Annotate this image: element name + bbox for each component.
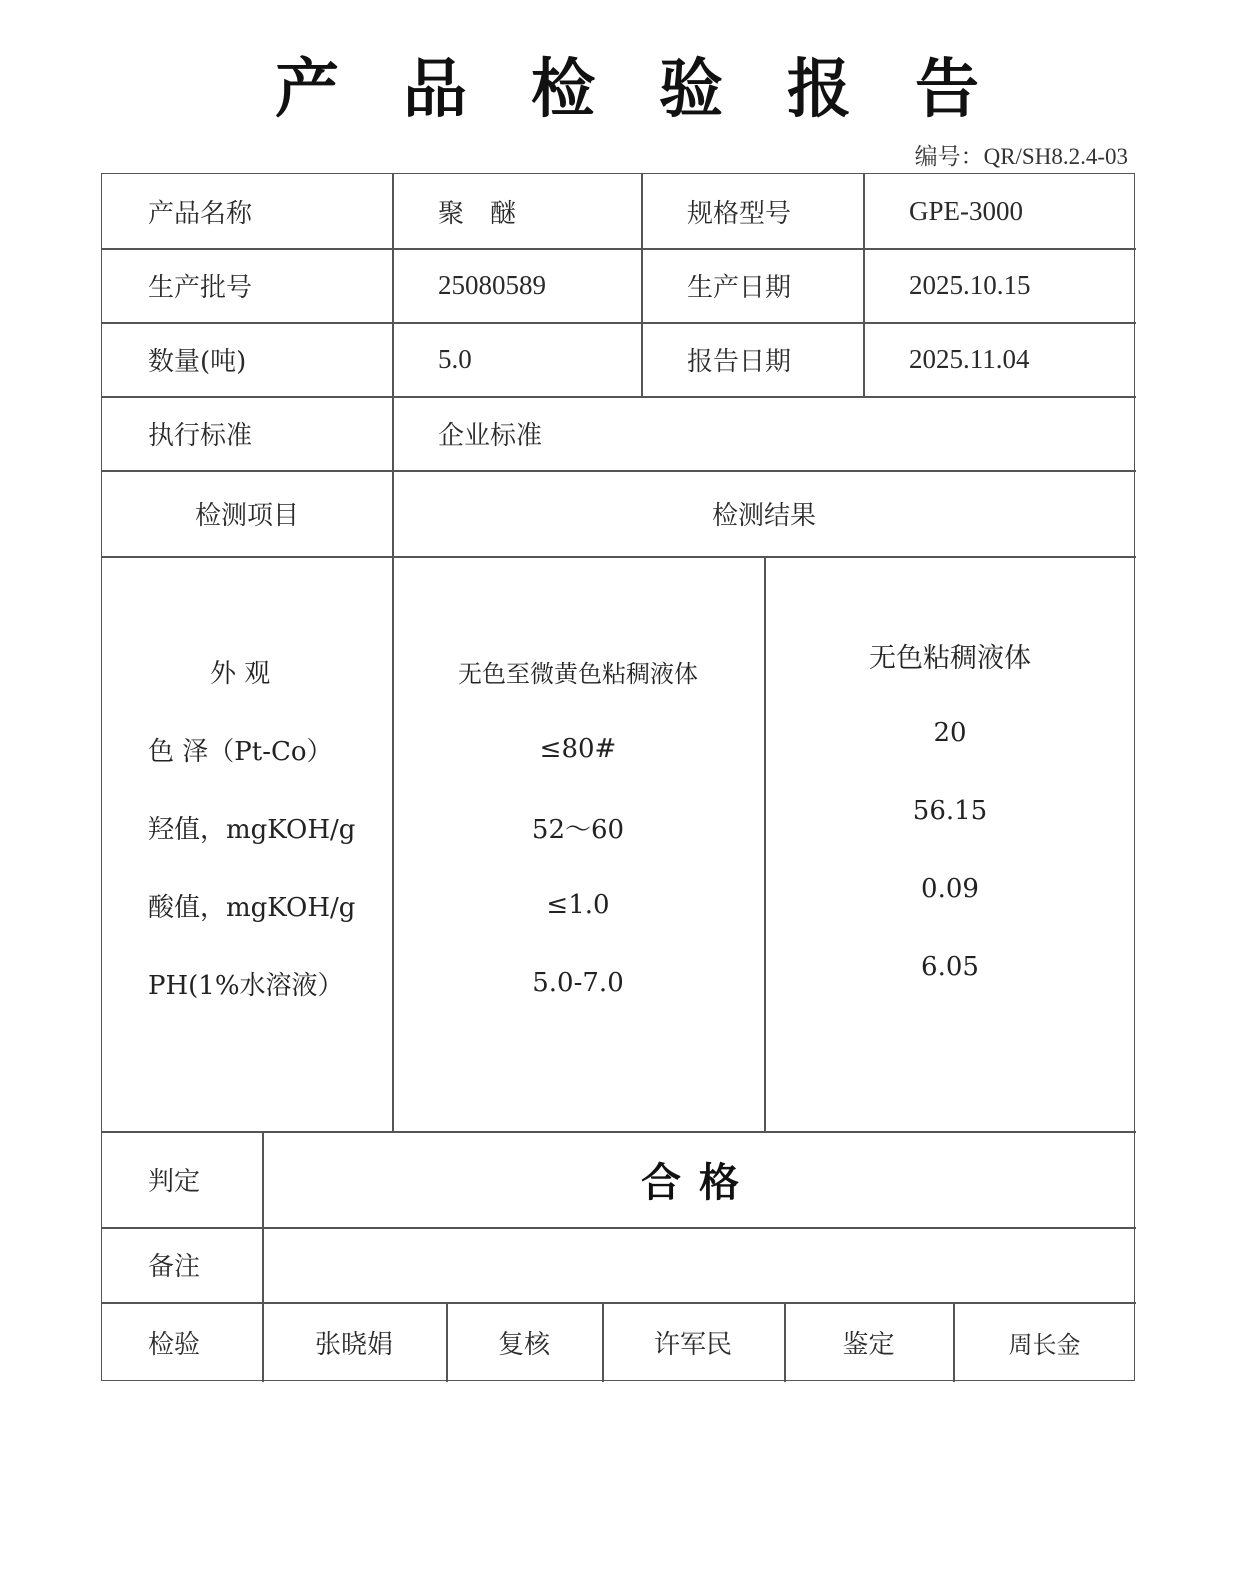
inspect-label: 检验 <box>102 1302 262 1382</box>
remarks-value <box>262 1227 1136 1302</box>
reviewer-name: 许军民 <box>602 1302 784 1382</box>
verdict-text: 合格 <box>641 1151 757 1208</box>
title-char: 验 <box>659 38 723 130</box>
result: 0.09 <box>921 850 979 928</box>
requirement: ≤80# <box>540 710 617 788</box>
test-results-header: 检测结果 <box>392 470 1136 556</box>
test-item: 外 观 <box>148 632 392 710</box>
results-list: 无色粘稠液体 20 56.15 0.09 6.05 <box>764 616 1136 1006</box>
title-char: 产 <box>275 38 339 130</box>
test-item: 酸值，mgKOH/g <box>148 866 392 944</box>
result: 6.05 <box>921 928 979 1006</box>
report-table: 产品名称 聚 醚 规格型号 GPE-3000 生产批号 25080589 生产日… <box>101 173 1135 1381</box>
requirement: ≤1.0 <box>546 866 609 944</box>
review-label: 复核 <box>446 1302 602 1382</box>
inspector-name: 张晓娟 <box>262 1302 446 1382</box>
quantity-label: 数量(吨) <box>102 322 392 396</box>
production-date-value: 2025.10.15 <box>863 248 1136 322</box>
standard-value: 企业标准 <box>392 396 1136 470</box>
title-char: 报 <box>787 38 851 130</box>
result: 无色粘稠液体 <box>869 616 1031 694</box>
test-item: PH(1%水溶液） <box>148 944 392 1022</box>
title-char: 检 <box>531 38 595 130</box>
title-char: 品 <box>403 38 467 130</box>
report-title: 产品检验报告 <box>0 38 1254 130</box>
report-date-value: 2025.11.04 <box>863 322 1136 396</box>
spec-value: GPE-3000 <box>863 174 1136 248</box>
approver-name: 周长金 <box>953 1302 1136 1382</box>
standard-label: 执行标准 <box>102 396 392 470</box>
requirements-list: 无色至微黄色粘稠液体 ≤80# 52～60 ≤1.0 5.0-7.0 <box>392 632 764 1022</box>
test-item: 羟值，mgKOH/g <box>148 788 392 866</box>
test-item: 色 泽（Pt-Co） <box>148 710 392 788</box>
requirement: 5.0-7.0 <box>532 944 623 1022</box>
report-date-label: 报告日期 <box>641 322 863 396</box>
remarks-label: 备注 <box>102 1227 262 1302</box>
test-items-header: 检测项目 <box>102 470 392 556</box>
document-number: 编号：QR/SH8.2.4-03 <box>915 138 1128 171</box>
spec-label: 规格型号 <box>641 174 863 248</box>
batch-label: 生产批号 <box>102 248 392 322</box>
verdict-label: 判定 <box>102 1131 262 1227</box>
test-items-list: 外 观 色 泽（Pt-Co） 羟值，mgKOH/g 酸值，mgKOH/g PH(… <box>148 632 392 1022</box>
product-name-label: 产品名称 <box>102 174 392 248</box>
batch-value: 25080589 <box>392 248 641 322</box>
approve-label: 鉴定 <box>784 1302 953 1382</box>
result: 56.15 <box>913 772 987 850</box>
product-name-value: 聚 醚 <box>392 174 641 248</box>
production-date-label: 生产日期 <box>641 248 863 322</box>
result: 20 <box>933 694 966 772</box>
verdict-value: 合格 <box>262 1131 1136 1227</box>
requirement: 52～60 <box>532 788 624 866</box>
requirement: 无色至微黄色粘稠液体 <box>458 632 698 710</box>
divider <box>102 556 1136 558</box>
quantity-value: 5.0 <box>392 322 641 396</box>
title-char: 告 <box>915 38 979 130</box>
